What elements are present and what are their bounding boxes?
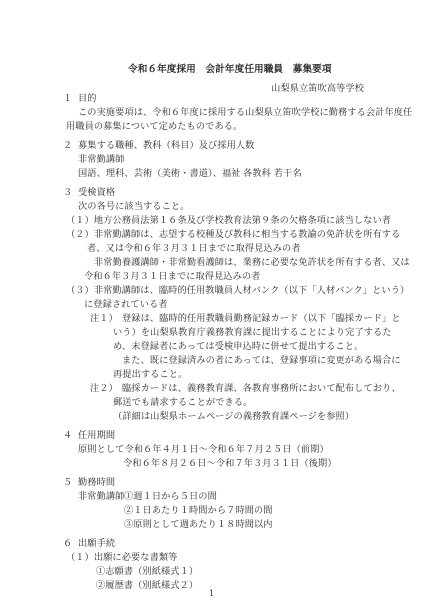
term-first-half: 原則として令和６年４月１日～令和６年７月２５日（前期）	[78, 444, 329, 456]
section-1-text: 用職員の募集について定めたものである。	[66, 121, 242, 133]
note-1-text: め、未登録者にあっては受検申込時に併せて提出すること。	[113, 341, 363, 353]
document-page: 令和６年度採用 会計年度任用職員 募集要項 山梨県立笛吹高等学校 １ 目的 この…	[0, 0, 424, 600]
section-5-number: ５	[63, 477, 72, 489]
section-2-text: 非常勤講師	[78, 154, 124, 166]
section-5-heading: 勤務時間	[78, 477, 115, 489]
note-1-text: 登録は、臨時的任用教職員勤務記録カード（以下「臨採カード」と	[122, 313, 401, 325]
document-title: 令和６年度採用 会計年度任用職員 募集要項	[128, 64, 332, 76]
hours-item: ②１日あたり１時間から７時間の間	[124, 505, 273, 517]
hours-item: ①週１日から５日の間	[124, 491, 217, 503]
section-6-heading: 出願手続	[78, 538, 115, 550]
page-number: 1	[209, 588, 214, 600]
section-2-heading: 募集する職種、教科（科目）及び採用人数	[78, 140, 254, 152]
section-4-number: ４	[63, 430, 72, 442]
section-4-heading: 任用期間	[78, 430, 115, 442]
section-3-text: 非常勤養護講師・非常勤看護師は、業務に必要な免許状を所有する者、又は	[94, 257, 410, 269]
note-1-text: また、既に登録済みの者にあっては、登録事項に変更がある場合に	[122, 355, 401, 367]
section-6-number: ６	[63, 538, 72, 550]
section-3-text: 者、又は令和６年３月３１日までに取得見込みの者	[87, 243, 301, 255]
note-2-text: 臨採カードは、義務教育課、各教育事務所において配布しており、	[122, 383, 401, 395]
section-1-number: １	[63, 93, 72, 105]
note-1-text: いう）を山梨県教育庁義務教育課に提出することにより完了するた	[113, 327, 392, 339]
term-second-half: 令和６年８月２６日～令和７年３月３１日（後期）	[123, 458, 337, 470]
note-2-label: 注２）	[90, 383, 118, 395]
issuer-name: 山梨県立笛吹高等学校	[271, 83, 364, 95]
note-1-label: 注１）	[90, 313, 118, 325]
required-document: ①志願書（別紙様式１）	[96, 566, 198, 578]
section-2-headcount: 各教科 若干名	[243, 168, 302, 180]
section-5-role: 非常勤講師	[78, 491, 124, 503]
note-2-text: 郵送でも請求することができる。	[113, 397, 252, 409]
section-3-heading: 受検資格	[78, 187, 115, 199]
section-3-text: に登録されている者	[84, 299, 168, 311]
section-3-text: （２）非常勤講師は、志望する校種及び教科に相当する教諭の免許状を所有する	[66, 229, 400, 241]
note-1-text: 再提出すること。	[113, 369, 187, 381]
section-3-text: （１）地方公務員法第１６条及び学校教育法第９条の欠格条項に該当しない者	[66, 215, 391, 227]
section-3-text: 次の各号に該当すること。	[78, 201, 189, 213]
hours-item: ③原則として週あたり１８時間以内	[124, 519, 273, 531]
note-2-text: （詳細は山梨県ホームページの義務教育課ページを参照）	[113, 411, 354, 423]
section-2-number: ２	[63, 140, 72, 152]
required-document: ②履歴書（別紙様式２）	[96, 580, 198, 592]
section-3-number: ３	[63, 187, 72, 199]
section-3-text: （３）非常勤講師は、臨時的任用教職員人材バンク（以下「人材バンク」という）	[66, 285, 409, 297]
section-1-text: この実施要項は、令和６年度に採用する山梨県立笛吹学校に勤務する会計年度任	[78, 107, 412, 119]
section-3-text: 令和６年３月３１日までに取得見込みの者	[84, 271, 260, 283]
section-1-heading: 目的	[78, 93, 97, 105]
section-2-subjects: 国語、理科、芸術（美術・書道）、福祉	[78, 168, 241, 180]
section-6-text: （１）出願に必要な書類等	[66, 552, 177, 564]
